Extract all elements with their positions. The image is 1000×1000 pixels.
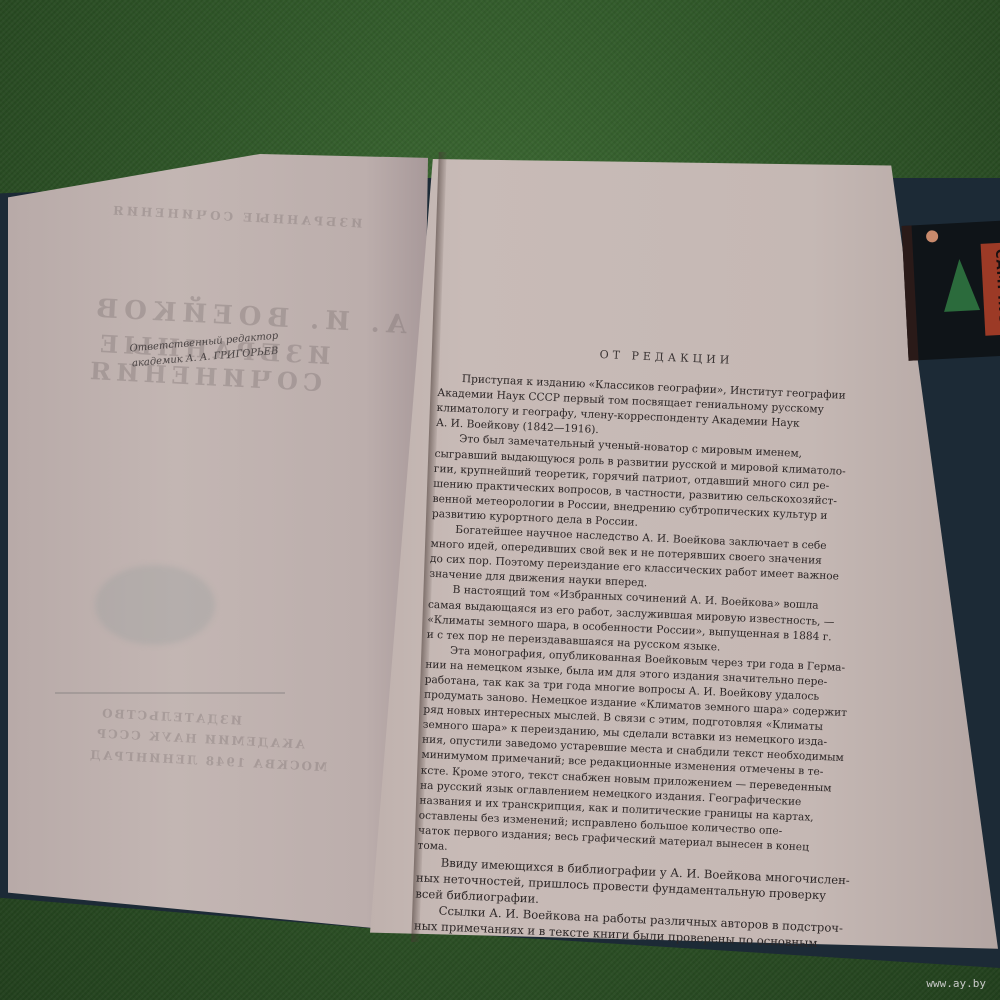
editorial-text: ОТ РЕДАКЦИИ Приступая к изданию «Классик…: [414, 330, 895, 953]
photo-scene: ИЗБРАННЫЕ СОЧИНЕНИЯ А. И. ВОЕЙКОВ ИЗБРАН…: [0, 0, 1000, 1000]
left-page: [8, 150, 428, 940]
sticker-dot-icon: [926, 230, 939, 243]
matchbox: CAMPING: [902, 220, 1000, 361]
bleed-through-emblem-icon: [95, 565, 215, 645]
paragraph: Эта монография, опубликованная Воейковым…: [417, 642, 881, 873]
pine-tree-icon: [941, 258, 980, 312]
bleed-through-rule: [55, 692, 285, 694]
watermark: www.ay.by: [926, 977, 986, 990]
